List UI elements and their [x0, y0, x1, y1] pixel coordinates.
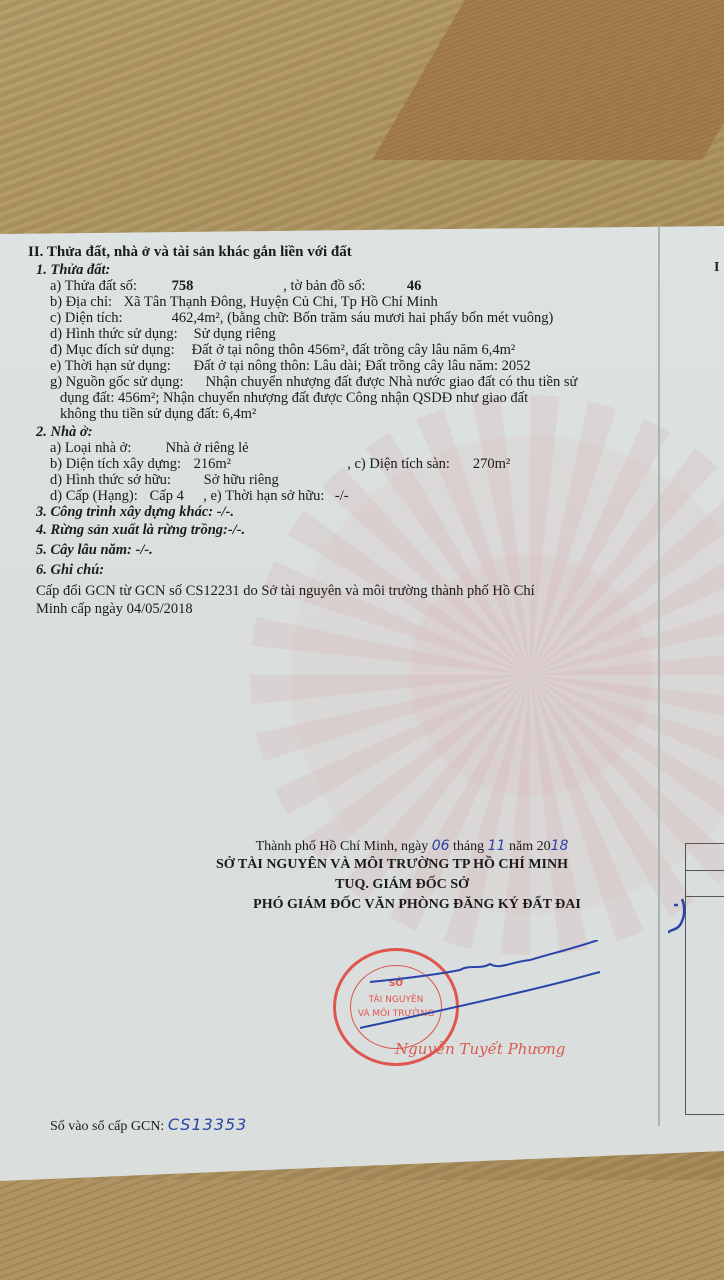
origin-line-1: Nhận chuyển nhượng đất được Nhà nước gia… [206, 374, 578, 390]
signer-name: Nguyễn Tuyết Phương [395, 1040, 565, 1058]
origin-line-2: dụng đất: 456m²; Nhận chuyển nhượng đất … [60, 390, 658, 406]
origin-row: g) Nguồn gốc sử dụng: Nhận chuyển nhượng… [50, 374, 658, 390]
house-type-row: a) Loại nhà ở: Nhà ở riêng lẻ [50, 440, 658, 456]
month-handwritten: 11 [488, 838, 506, 854]
initial-mark [668, 895, 708, 945]
perennial-trees: 5. Cây lâu năm: -/-. [36, 542, 658, 558]
build-area-row: b) Diện tích xây dựng: 216m² , c) Diện t… [50, 456, 658, 472]
notes-heading: 6. Ghi chú: [36, 562, 658, 578]
term-row: e) Thời hạn sử dụng: Đất ở tại nông thôn… [50, 358, 658, 374]
purpose-value: Đất ở tại nông thôn 456m², đất trồng cây… [192, 342, 516, 358]
signer-position: PHÓ GIÁM ĐỐC VĂN PHÒNG ĐĂNG KÝ ĐẤT ĐAI [110, 897, 724, 913]
ownership-row: d) Hình thức sở hữu: Sở hữu riêng [50, 472, 658, 488]
build-area-value: 216m² [194, 456, 344, 472]
use-form-row: d) Hình thức sử dụng: Sử dụng riêng [50, 326, 658, 342]
use-form-label: d) Hình thức sử dụng: [50, 326, 190, 342]
house-heading: 2. Nhà ở: [36, 424, 658, 440]
origin-line-3: không thu tiền sử dụng đất: 6,4m² [60, 406, 658, 422]
parcel-number-label: a) Thửa đất số: [50, 278, 168, 294]
notes-line-1: Cấp đổi GCN từ GCN số CS12231 do Sở tài … [36, 582, 658, 600]
house-type-label: a) Loại nhà ở: [50, 440, 162, 456]
gcn-register-value: CS13353 [168, 1115, 248, 1134]
signature-block: Thành phố Hồ Chí Minh, ngày 06 tháng 11 … [0, 838, 724, 913]
map-sheet-value: 46 [407, 278, 422, 294]
right-page-marker: I [714, 260, 719, 276]
parcel-number-value: 758 [172, 278, 280, 294]
other-construction: 3. Công trình xây dựng khác: -/-. [36, 504, 658, 520]
area-row: c) Diện tích: 462,4m², (bằng chữ: Bốn tr… [50, 310, 658, 326]
place-date-prefix: Thành phố Hồ Chí Minh, ngày [256, 839, 429, 854]
map-sheet-label: , tờ bản đồ số: [283, 278, 403, 294]
term-value: Đất ở tại nông thôn: Lâu dài; Đất trồng … [194, 358, 531, 374]
address-row: b) Địa chỉ: Xã Tân Thạnh Đông, Huyện Củ … [50, 294, 658, 310]
own-term-value: -/- [335, 488, 349, 504]
land-heading: 1. Thửa đất: [36, 262, 658, 278]
floor-area-value: 270m² [473, 456, 510, 472]
area-value: 462,4m², (bằng chữ: Bốn trăm sáu mươi ha… [172, 310, 554, 326]
purpose-label: đ) Mục đích sử dụng: [50, 342, 188, 358]
house-type-value: Nhà ở riêng lẻ [166, 440, 249, 456]
grade-label: d) Cấp (Hạng): [50, 488, 146, 504]
purpose-row: đ) Mục đích sử dụng: Đất ở tại nông thôn… [50, 342, 658, 358]
page-fold-line [658, 226, 660, 1126]
own-term-label: , e) Thời hạn sở hữu: [203, 488, 331, 504]
issuing-org: SỞ TÀI NGUYÊN VÀ MÔI TRƯỜNG TP HỒ CHÍ MI… [60, 857, 724, 873]
gcn-register-label: Số vào sổ cấp GCN: [50, 1119, 164, 1134]
gcn-register-row: Số vào sổ cấp GCN: CS13353 [50, 1115, 247, 1135]
term-label: e) Thời hạn sử dụng: [50, 358, 190, 374]
certificate-content: II. Thửa đất, nhà ở và tài sản khác gắn … [28, 244, 658, 618]
grade-row: d) Cấp (Hạng): Cấp 4 , e) Thời hạn sở hữ… [50, 488, 658, 504]
production-forest: 4. Rừng sản xuất là rừng trồng:-/-. [36, 522, 658, 538]
month-label: tháng [453, 839, 484, 854]
day-handwritten: 06 [432, 838, 450, 854]
use-form-value: Sử dụng riêng [194, 326, 276, 342]
address-label: b) Địa chỉ: [50, 294, 120, 310]
parcel-number-row: a) Thửa đất số: 758 , tờ bản đồ số: 46 [50, 278, 658, 294]
build-area-label: b) Diện tích xây dựng: [50, 456, 190, 472]
wood-table-lower [0, 1180, 724, 1280]
address-value: Xã Tân Thạnh Đông, Huyện Củ Chi, Tp Hồ C… [124, 294, 438, 310]
floor-area-label: , c) Diện tích sàn: [347, 456, 469, 472]
year-label: năm 20 [509, 839, 551, 854]
section-title: II. Thửa đất, nhà ở và tài sản khác gắn … [28, 244, 658, 260]
origin-label: g) Nguồn gốc sử dụng: [50, 374, 202, 390]
ownership-label: d) Hình thức sở hữu: [50, 472, 200, 488]
handwritten-signature [330, 940, 620, 1050]
grade-value: Cấp 4 [150, 488, 200, 504]
year-handwritten: 18 [551, 838, 569, 854]
place-date: Thành phố Hồ Chí Minh, ngày 06 tháng 11 … [100, 838, 724, 855]
on-behalf: TUQ. GIÁM ĐỐC SỞ [80, 877, 724, 893]
ownership-value: Sở hữu riêng [204, 472, 279, 488]
notes-line-2: Minh cấp ngày 04/05/2018 [36, 600, 658, 618]
area-label: c) Diện tích: [50, 310, 168, 326]
